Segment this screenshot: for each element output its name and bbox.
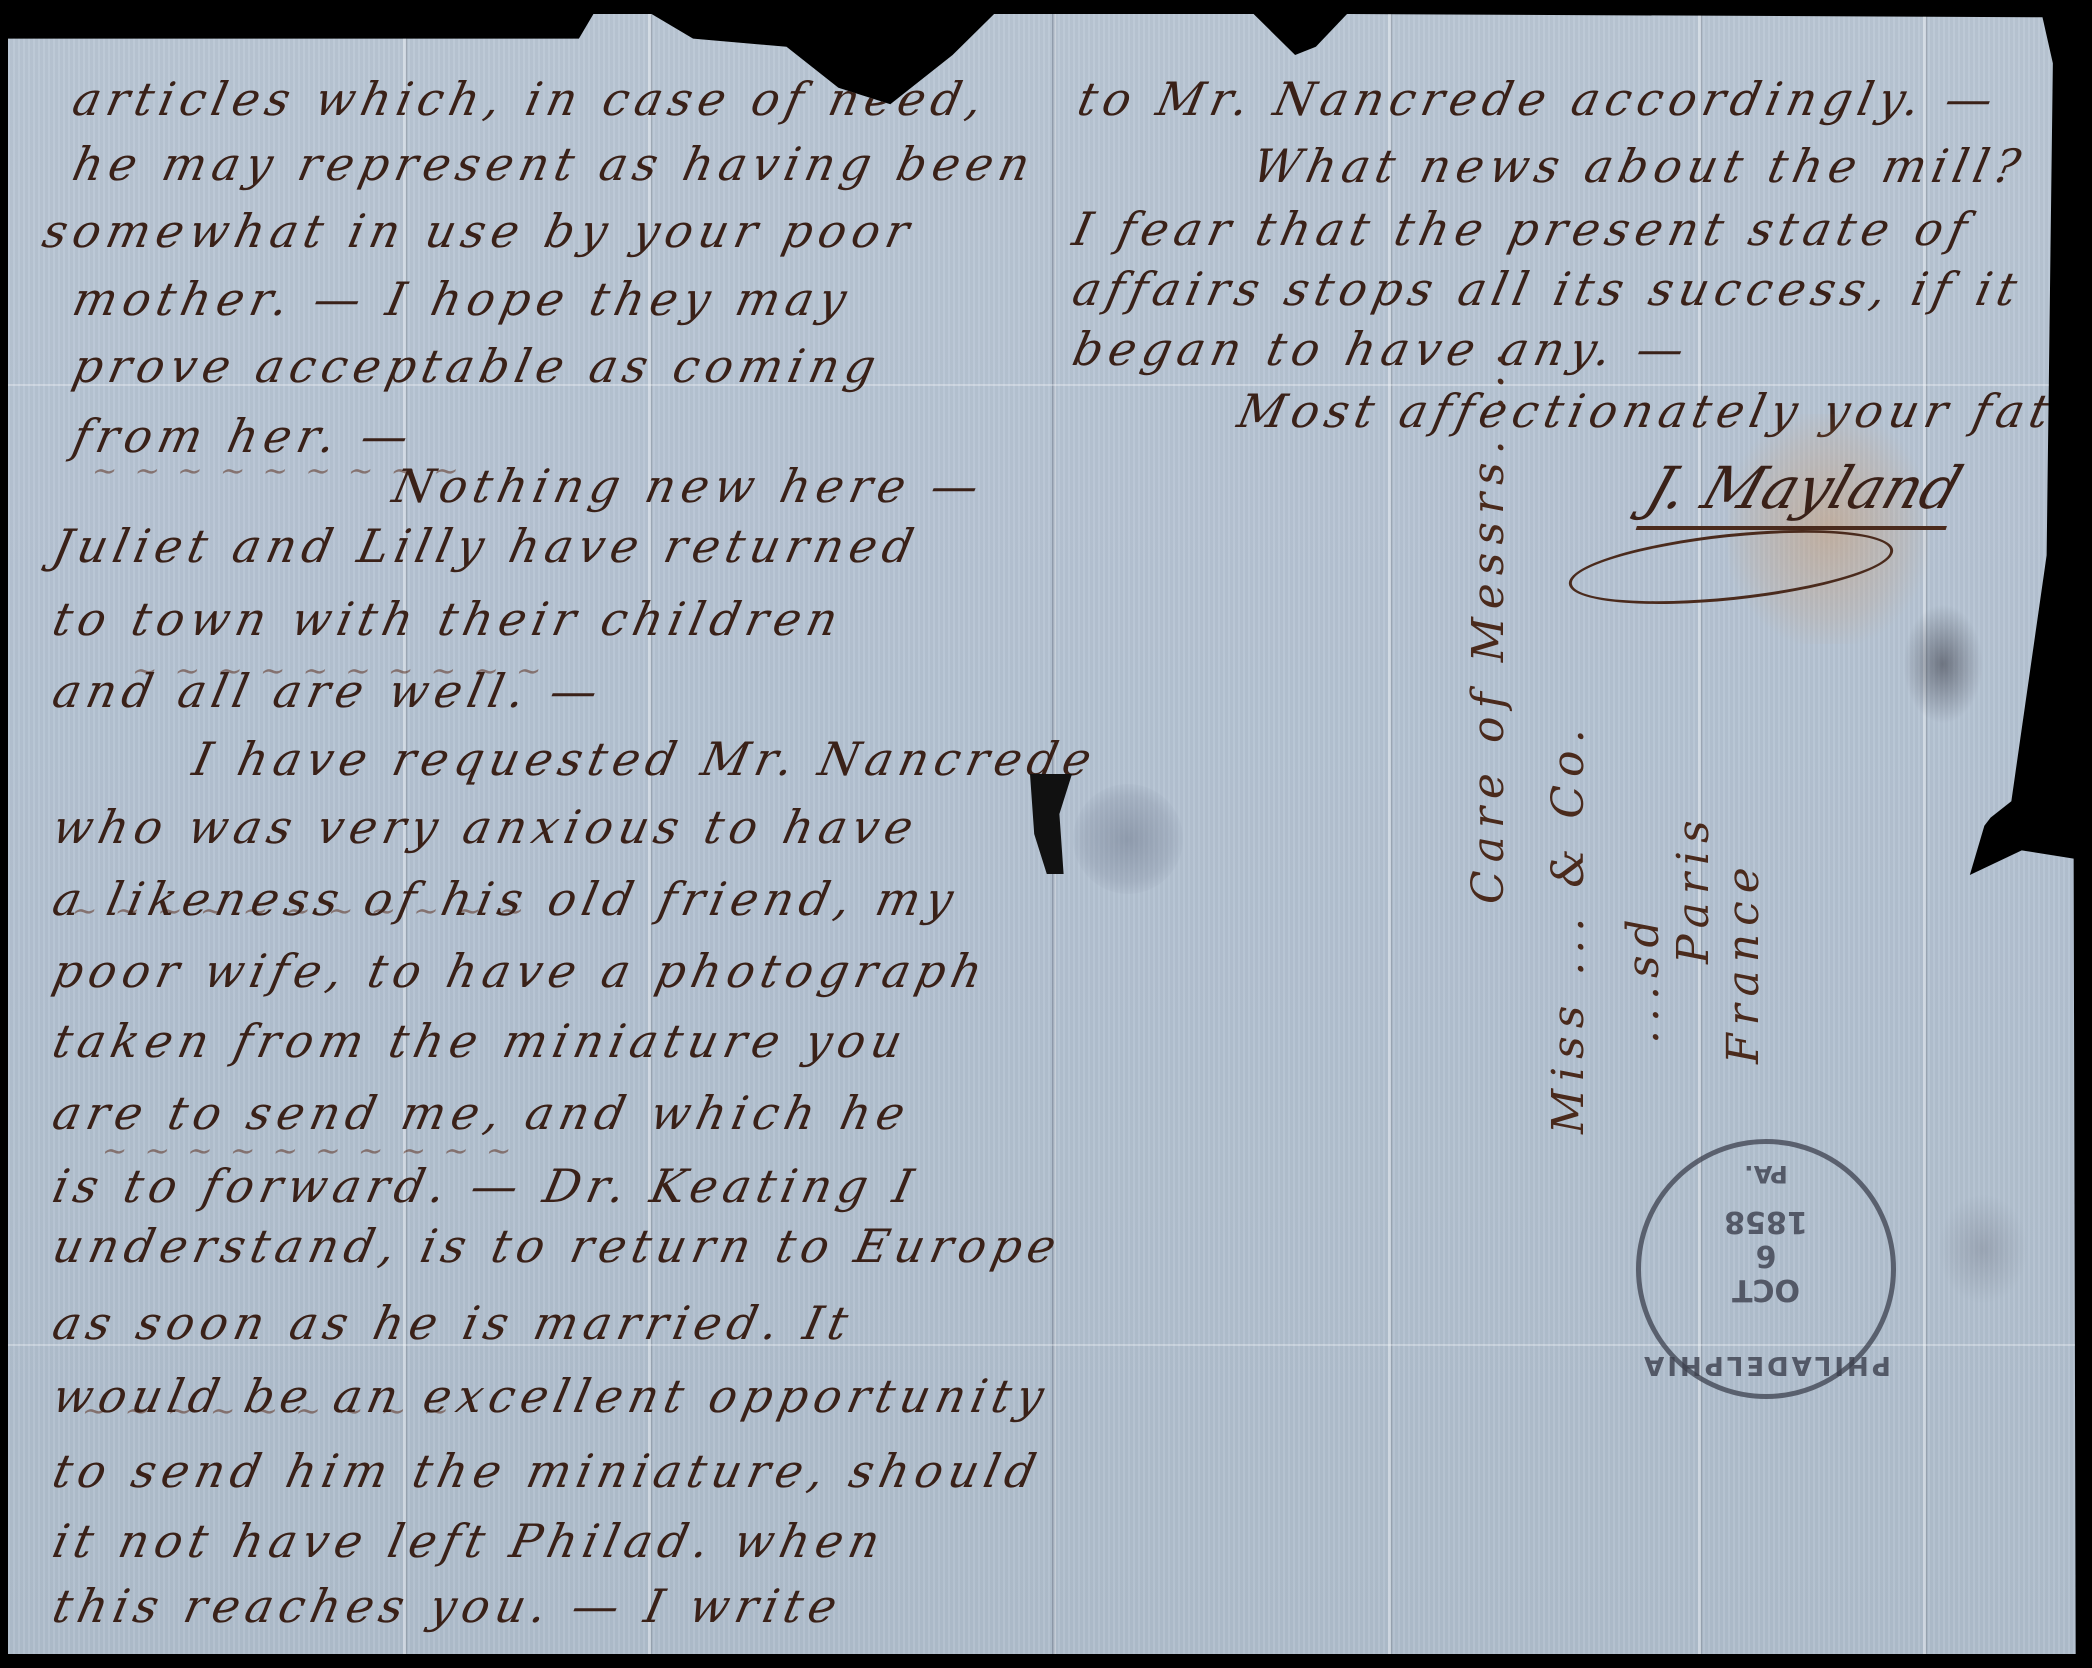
letter-line: would be an excellent opportunity: [48, 1369, 1055, 1423]
faint-stamp-impression: [1938, 1194, 2028, 1304]
postmark-month: OCT: [1641, 1272, 1891, 1306]
letter-line: affairs stops all its success, if it: [1068, 262, 2028, 316]
letter-line: is to forward. — Dr. Keating I: [48, 1159, 924, 1213]
postmark: PHILADELPHIA OCT 6 1858 PA.: [1636, 1139, 1896, 1399]
seal-tear: [1030, 774, 1072, 874]
letter-line: taken from the miniature you: [48, 1014, 913, 1068]
letter-line: I have requested Mr. Nancrede: [188, 732, 1102, 786]
closing-line: Most affectionately your father: [1233, 384, 2092, 438]
letter-line: it not have left Philad. when: [48, 1514, 891, 1568]
letter-line: understand, is to return to Europe: [48, 1219, 1067, 1273]
letter-line: I fear that the present state of: [1068, 202, 1978, 256]
letter-line: Nothing new here —: [388, 459, 989, 513]
postmark-day: 6: [1641, 1238, 1891, 1272]
address-line: Paris: [1668, 604, 1719, 964]
letter-line: mother. — I hope they may: [68, 272, 857, 326]
ink-smudge: [1903, 604, 1983, 724]
letter-line: from her. —: [68, 409, 419, 463]
address-line: France: [1718, 864, 1769, 1064]
letter-line: are to send me, and which he: [48, 1086, 916, 1140]
postmark-year: 1858: [1641, 1204, 1891, 1238]
letter-line: he may represent as having been: [68, 137, 1041, 191]
letter-line: Juliet and Lilly have returned: [48, 519, 924, 573]
letter-sheet: ~ ~ ~ ~ ~ ~ ~ ~ ~ ~ ~ ~ ~ ~ ~ ~ ~ ~ ~ ~ …: [8, 14, 2084, 1654]
address-line: Miss ... & Co.: [1543, 574, 1594, 1134]
postmark-state: PA.: [1641, 1160, 1891, 1188]
letter-line: articles which, in case of need,: [68, 72, 993, 126]
letter-line: What news about the mill?: [1248, 139, 2031, 193]
letter-line: to town with their children: [48, 592, 849, 646]
letter-line: prove acceptable as coming: [68, 339, 886, 393]
address-line: Care of Messrs. ...: [1463, 484, 1514, 904]
fold-line: [1388, 14, 1391, 1654]
letter-line: this reaches you. — I write: [48, 1579, 848, 1633]
letter-line: poor wife, to have a photograph: [48, 944, 993, 998]
letter-line: who was very anxious to have: [48, 800, 924, 854]
letter-line: somewhat in use by your poor: [38, 204, 920, 258]
fold-line: [1923, 14, 1926, 1654]
letter-line: and all are well. —: [48, 664, 609, 718]
letter-line: began to have any. —: [1068, 322, 1695, 376]
letter-line: to Mr. Nancrede accordingly. —: [1073, 72, 2004, 126]
address-line: ...sd: [1618, 464, 1669, 1044]
letter-line: as soon as he is married. It: [48, 1296, 859, 1350]
postmark-city: PHILADELPHIA: [1641, 1350, 1891, 1380]
wax-seal-residue: [1073, 784, 1183, 894]
letter-line: to send him the miniature, should: [48, 1444, 1047, 1498]
postmark-date: OCT 6 1858: [1641, 1204, 1891, 1306]
letter-line: a likeness of his old friend, my: [48, 872, 964, 926]
signature: J. Mayland: [1636, 454, 1971, 530]
